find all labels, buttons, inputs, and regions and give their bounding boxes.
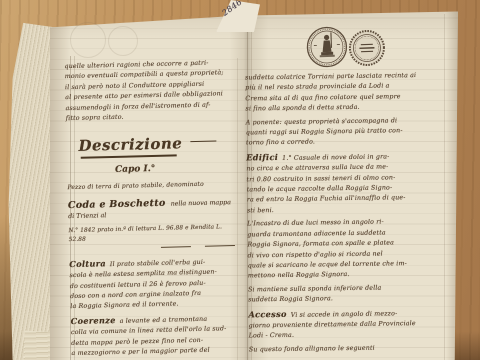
right-page-paragraph-2: A ponente: questa proprietà s'accompagna… — [246, 115, 446, 149]
chapter-title: Capo I.° — [115, 162, 239, 175]
coltura-section: ColturaIl prato stabile coll'erba gui- s… — [69, 255, 242, 313]
revenue-stamp-seal-icon — [347, 28, 386, 71]
left-page-top-paragraph: quelle ulteriori ragioni che occorre a p… — [64, 58, 237, 125]
coltura-label: Coltura — [69, 258, 106, 269]
edifici-text: 1.° Casuale di nove doloi in gra- no cir… — [246, 153, 405, 214]
edifici-label: Edifici — [246, 152, 278, 162]
cadastral-line: N.° 1842 prato in.ª di lettura L. 96.88 … — [68, 223, 240, 245]
property-suffix: nella nuova mappa — [171, 199, 231, 207]
ghost-stamp-circle — [70, 22, 106, 58]
manutenzione-paragraph: Si mantiene sulla sponda inferiore della… — [248, 282, 448, 306]
heading-underline — [81, 155, 177, 159]
ghost-stamp-circle — [108, 26, 138, 56]
property-name: Coda e Boschetto — [68, 197, 166, 210]
accesso-label: Accesso — [248, 308, 286, 319]
right-page-paragraph-1: suddetta colatrice Torriani parte lascia… — [245, 71, 446, 115]
left-page: quelle ulteriori ragioni che occorre a p… — [64, 58, 243, 360]
accesso-section: AccessoVi si accede in angolo di mezzo- … — [248, 306, 448, 342]
cadastral-underscores — [69, 245, 235, 250]
coerenze-section: Coerenzea levante ed a tramontana colla … — [71, 312, 244, 360]
right-page: suddetta colatrice Torriani parte lascia… — [245, 71, 449, 356]
coerenze-label: Coerenze — [71, 315, 116, 326]
heading-row: Descrizione — [66, 120, 239, 158]
revenue-stamp-figure-icon — [305, 25, 349, 72]
edifici-section: Edifici1.° Casuale di nove doloi in gra-… — [246, 149, 447, 216]
incastro-paragraph: L'Incastro di due luci messo in angolo r… — [247, 217, 448, 282]
page-heading: Descrizione — [78, 135, 182, 156]
heading-flourish — [190, 141, 216, 143]
photo-of-manuscript: quelle ulteriori ragioni che occorre a p… — [0, 0, 480, 360]
